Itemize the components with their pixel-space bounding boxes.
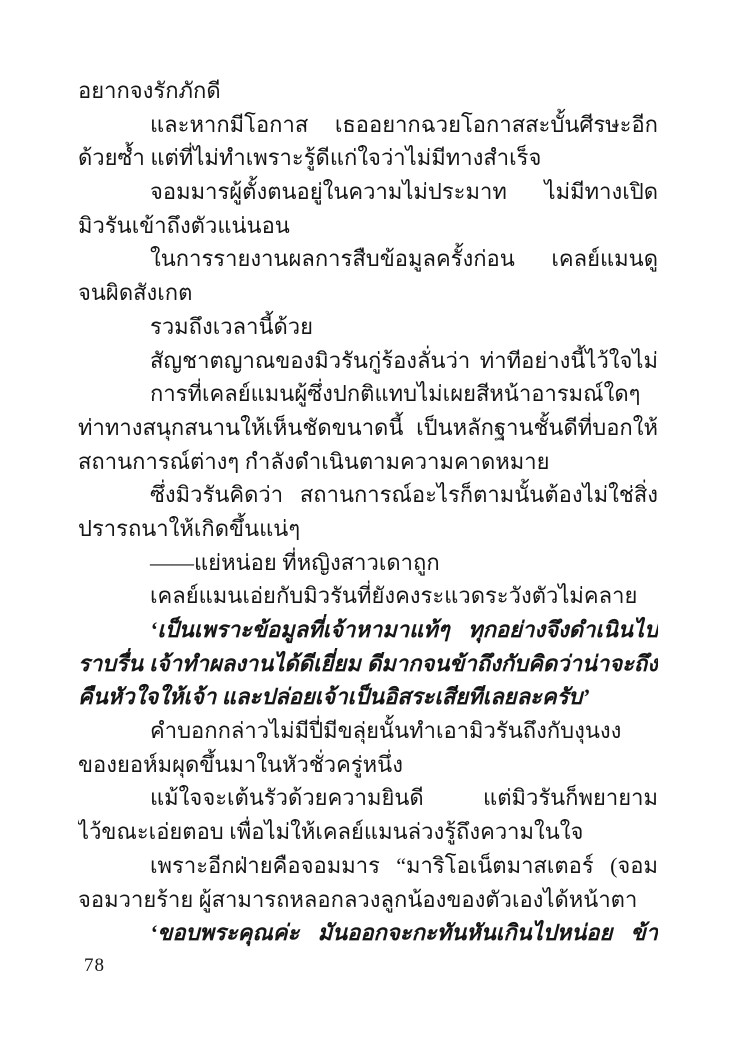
text-line: เพราะอีกฝ่ายคือจอมมาร “มาริโอเน็ตมาสเตอร… <box>78 849 658 883</box>
text-line: การที่เคลย์แมนผู้ซึ่งปกติแทบไม่เผยสีหน้า… <box>78 377 658 411</box>
text-line: สัญชาตญาณของมิวรันกู่ร้องลั่นว่า ท่าทีอย… <box>78 344 658 378</box>
text-line: ปรารถนาให้เกิดขึ้นแน่ๆ <box>78 512 658 546</box>
text-line: มิวรันเข้าถึงตัวแน่นอน <box>78 209 658 243</box>
book-page: อยากจงรักภักดี และหากมีโอกาส เธออยากฉวยโ… <box>0 0 738 1051</box>
text-line: เคลย์แมนเอ่ยกับมิวรันที่ยังคงระแวดระวังต… <box>78 579 658 613</box>
text-line: สถานการณ์ต่างๆ กำลังดำเนินตามความคาดหมาย <box>78 445 658 479</box>
text-line: ไว้ขณะเอ่ยตอบ เพื่อไม่ให้เคลย์แมนล่วงรู้… <box>78 815 658 849</box>
text-line: อยากจงรักภักดี <box>78 74 658 108</box>
text-line: ในการรายงานผลการสืบข้อมูลครั้งก่อน เคลย์… <box>78 242 658 276</box>
text-line: ซึ่งมิวรันคิดว่า สถานการณ์อะไรก็ตามนั้นต… <box>78 478 658 512</box>
text-line: ด้วยซ้ำ แต่ที่ไม่ทำเพราะรู้ดีแก่ใจว่าไม่… <box>78 141 658 175</box>
text-line: แม้ใจจะเต้นรัวด้วยความยินดี แต่มิวรันก็พ… <box>78 781 658 815</box>
text-line: ท่าทางสนุกสนานให้เห็นชัดขนาดนี้ เป็นหลัก… <box>78 411 658 445</box>
text-line: จอมมารผู้ตั้งตนอยู่ในความไม่ประมาท ไม่มี… <box>78 175 658 209</box>
text-line: ——แย่หน่อย ที่หญิงสาวเดาถูก <box>78 546 658 580</box>
text-line: ของยอห์มผุดขึ้นมาในหัวชั่วครู่หนึ่ง <box>78 748 658 782</box>
text-line: รวมถึงเวลานี้ด้วย <box>78 310 658 344</box>
text-line: จอมวายร้าย ผู้สามารถหลอกลวงลูกน้องของตัว… <box>78 883 658 917</box>
text-line: และหากมีโอกาส เธออยากฉวยโอกาสสะบั้นศีรษะ… <box>78 108 658 142</box>
page-text: อยากจงรักภักดี และหากมีโอกาส เธออยากฉวยโ… <box>78 74 658 950</box>
page-number: 78 <box>84 952 105 980</box>
text-line-quote: คืนหัวใจให้เจ้า และปล่อยเจ้าเป็นอิสระเสี… <box>78 680 658 714</box>
text-line-quote: ‘เป็นเพราะข้อมูลที่เจ้าหามาแท้ๆ ทุกอย่าง… <box>78 613 658 647</box>
text-line-quote: ‘ขอบพระคุณค่ะ มันออกจะกะทันหันเกินไปหน่อ… <box>78 916 658 950</box>
text-line-quote: ราบรื่น เจ้าทำผลงานได้ดีเยี่ยม ดีมากจนข้… <box>78 647 658 681</box>
text-line: คำบอกกล่าวไม่มีปี่มีขลุ่ยนั้นทำเอามิวรัน… <box>78 714 658 748</box>
text-line: จนผิดสังเกต <box>78 276 658 310</box>
